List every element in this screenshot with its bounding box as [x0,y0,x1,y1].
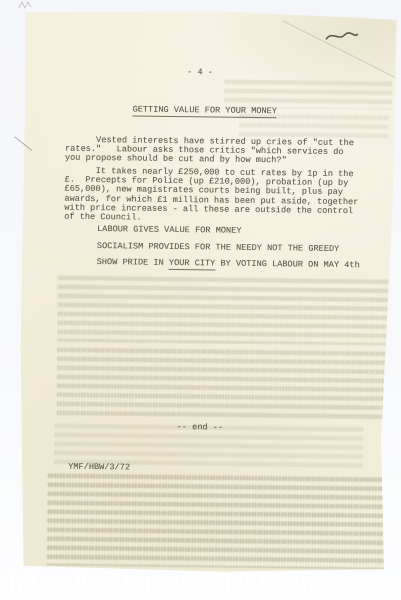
watermark: https://picturesheffield.com/ [0,568,401,597]
slogan-line-3: SHOW PRIDE IN YOUR CITY BY VOTING LABOUR… [97,258,360,270]
slogan-line-1: LABOUR GIVES VALUE FOR MONEY [97,225,242,236]
bleedthrough-block [57,276,390,346]
document-title-text: GETTING VALUE FOR YOUR MONEY [132,104,277,117]
slogan-3-pre: SHOW PRIDE IN [97,257,169,268]
bleedthrough-block [56,348,397,422]
slogan-3-underlined: YOUR CITY [169,258,216,270]
scan-viewport: - 4 - GETTING VALUE FOR YOUR MONEY Veste… [0,0,401,600]
slogan-3-post: BY VOTING LABOUR ON MAY 4th [215,258,360,270]
corner-scribble-icon [18,0,34,10]
page-number: - 4 - [24,66,376,80]
end-marker: -- end -- [177,423,224,433]
slogan-line-2: SOCIALISM PROVIDES FOR THE NEEDY NOT THE… [97,242,339,254]
document-page: - 4 - GETTING VALUE FOR YOUR MONEY Veste… [18,9,397,574]
bleedthrough-block [46,473,389,569]
paragraph-vested-interests: Vested interests have stirred up cries o… [65,136,354,167]
pen-mark-icon [324,29,360,43]
paragraph-rates-costs: It takes nearly £250,000 to cut rates by… [64,167,359,226]
reference-code: YMF/HBW/3/72 [68,463,130,473]
document-title: GETTING VALUE FOR YOUR MONEY [132,105,277,116]
